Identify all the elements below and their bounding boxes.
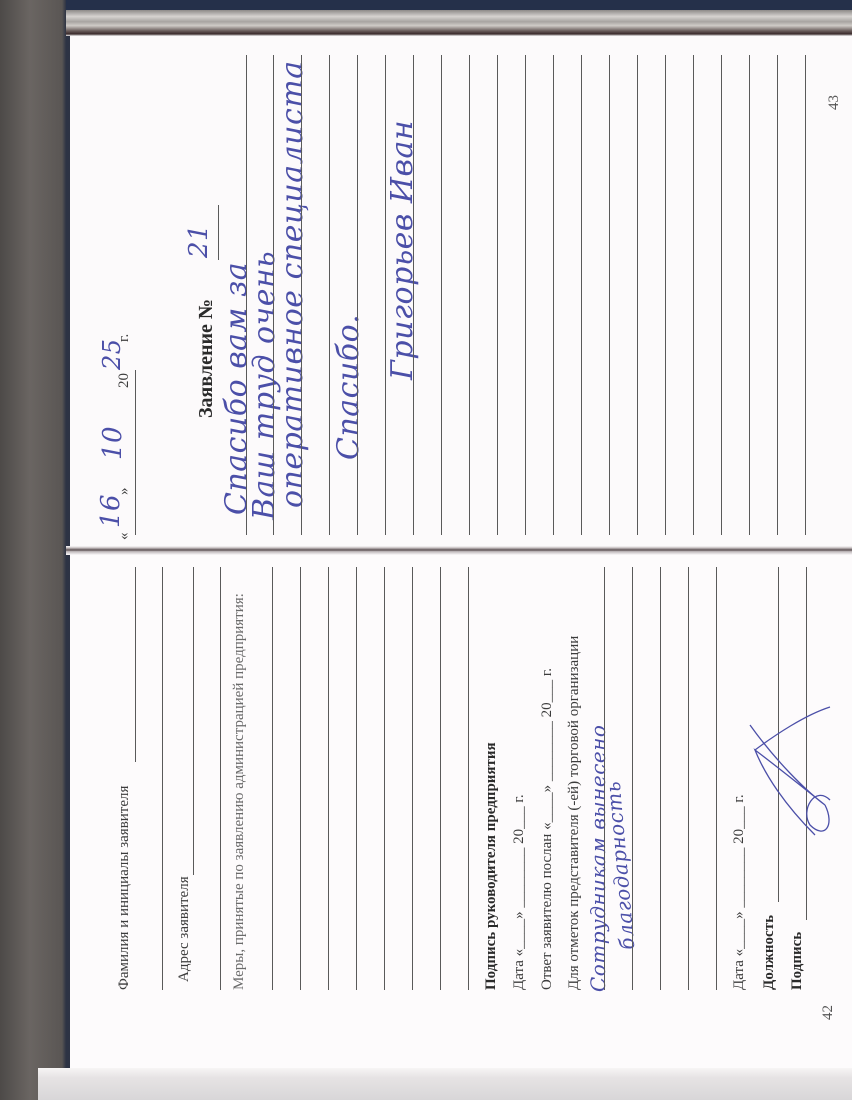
right-line-20 (777, 55, 778, 535)
right-line-8 (441, 55, 442, 535)
date-year-prefix: 20 (117, 373, 132, 388)
right-line-13 (581, 55, 582, 535)
right-line-7 (413, 55, 414, 535)
page-number-left: 42 (820, 1005, 837, 1020)
applicant-name-line-2 (162, 567, 163, 990)
book-page-edges (66, 10, 852, 36)
right-line-21 (805, 55, 806, 535)
right-line-9 (469, 55, 470, 535)
date-day: 16 (98, 494, 124, 528)
book-spread: Фамилия и инициалы заявителя Адрес заяви… (0, 0, 852, 1100)
right-line-4 (329, 55, 330, 535)
measures-label: Меры, принятые по заявлению администраци… (232, 593, 247, 990)
right-line-10 (497, 55, 498, 535)
right-line-17 (693, 55, 694, 535)
date-line (135, 370, 136, 535)
application-number: 21 (186, 224, 212, 258)
measures-line-1 (272, 567, 273, 990)
right-line-11 (525, 55, 526, 535)
position-label: Должность (762, 915, 777, 990)
right-line-1 (246, 55, 247, 535)
applicant-address-label: Адрес заявителя (177, 876, 192, 982)
right-line-15 (637, 55, 638, 535)
book-gutter (66, 546, 852, 555)
right-line-6 (385, 55, 386, 535)
book-bottom-edge (38, 1068, 852, 1100)
handwritten-line-3: оперативное специалиста (278, 60, 308, 508)
date-label-1: Дата «____» ________ 20___ г. (512, 794, 527, 990)
measures-line-2 (300, 567, 301, 990)
handwritten-line-4: Спасибо. (334, 314, 364, 460)
applicant-name-label: Фамилия и инициалы заявителя (117, 786, 132, 990)
right-line-12 (553, 55, 554, 535)
representative-label: Для отметок представителя (-ей) торговой… (567, 636, 582, 990)
measures-line-6 (412, 567, 413, 990)
right-line-18 (721, 55, 722, 535)
applicant-address-line-2 (220, 567, 221, 990)
date-month: 10 (100, 426, 126, 460)
reply-sent-label: Ответ заявителю послан «____» ________ 2… (540, 668, 555, 990)
right-line-5 (357, 55, 358, 535)
signature-label: Подпись (790, 932, 805, 990)
representative-line-3 (660, 567, 661, 990)
right-page (70, 30, 852, 548)
measures-line-7 (440, 567, 441, 990)
right-line-14 (609, 55, 610, 535)
date-suffix: г. (117, 334, 132, 342)
applicant-name-line (135, 567, 136, 762)
measures-line-3 (328, 567, 329, 990)
right-line-16 (665, 55, 666, 535)
right-line-2 (273, 55, 274, 535)
date-year: 25 (100, 338, 124, 370)
measures-line-8 (468, 567, 469, 990)
date-mid: » (117, 488, 132, 496)
application-number-line (218, 205, 219, 260)
measures-line-4 (356, 567, 357, 990)
head-signature-label: Подпись руководителя предприятия (484, 742, 499, 990)
representative-line-1 (604, 567, 605, 990)
right-line-3 (301, 55, 302, 535)
application-title: Заявление № (196, 299, 216, 418)
handwritten-signature (745, 705, 835, 845)
representative-line-4 (688, 567, 689, 990)
right-line-19 (749, 55, 750, 535)
applicant-address-line (193, 567, 194, 875)
representative-line-2 (632, 567, 633, 990)
date-prefix: « (117, 533, 132, 541)
representative-handwriting-1: Сотрудникам вынесено (588, 725, 608, 992)
measures-line-5 (384, 567, 385, 990)
page-number-right: 43 (826, 95, 843, 110)
representative-line-5 (716, 567, 717, 990)
